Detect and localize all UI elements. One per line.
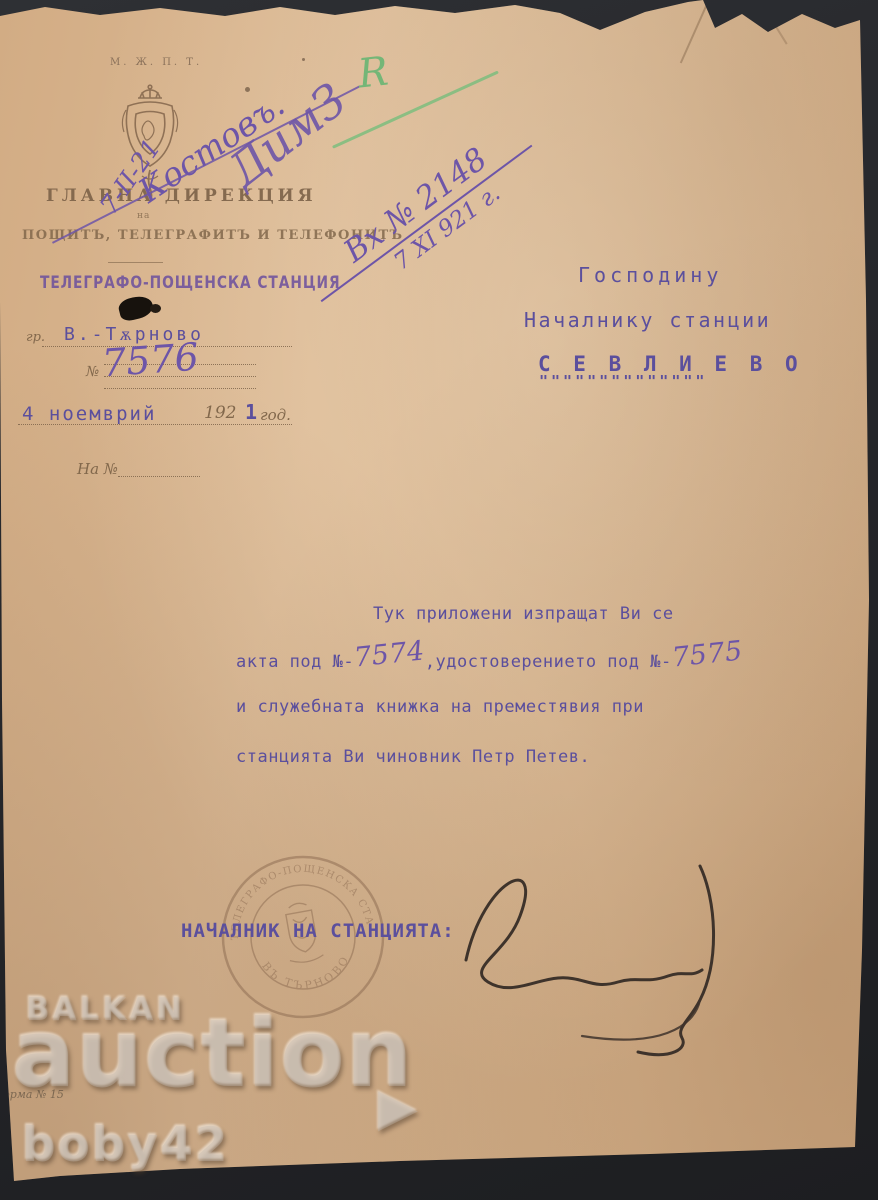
body-line-2: акта под №-7574,удостоверението под №-75… [236,643,742,674]
registry-mark-r: R [356,49,391,98]
reference-number-line [118,462,200,477]
station-name-stamp: ТЕЛЕГРАФО-ПОЩЕНСКА СТАНЦИЯ [40,272,341,293]
date-year-suffix: год. [260,406,291,424]
recipient-city-underline: """""""""""""" [539,372,707,390]
body-line-4: станцията Ви чиновник Петр Петев. [236,747,590,767]
paper-specks [245,87,250,92]
svg-text:ВЪ ТЪРНОВО: ВЪ ТЪРНОВО [258,945,357,999]
date-year-digit: 1 [245,400,257,424]
recipient-salutation: Господину [578,263,722,287]
outgoing-number-handwritten: 7576 [101,335,201,386]
punched-hole-small [150,304,161,313]
scanned-document-photo: М. Ж. П. Т. ГЛАВНА ДИРЕКЦИЯ на ПОЩИТЪ, Т… [0,0,878,1200]
signature-title: НАЧАЛНИК НА СТАНЦИЯТА: [181,920,455,942]
reference-number-label: На № [77,460,118,478]
paper-crease [758,0,787,45]
body-line-2-text: акта под №- [236,652,354,672]
number-field-label: № [86,364,99,380]
registry-green-stroke [332,71,499,149]
seal-rim-bottom-text: ВЪ ТЪРНОВО [258,945,357,999]
letterhead-divider [108,262,163,263]
date-day-month: 4 ноемврий [22,403,156,425]
date-year-printed: 192 [204,403,236,423]
body-line-2-text: ,удостоверението под №- [425,652,672,672]
ministry-abbreviation: М. Ж. П. Т. [110,57,202,68]
letterhead-of: на [137,211,150,221]
watermark-seller-boby42: boby42 [22,1118,230,1173]
paper-crease [680,0,710,63]
body-line-1: Тук приложени изпращат Ви се [373,604,674,624]
act-number-handwritten: 7574 [353,635,427,673]
certificate-number-handwritten: 7575 [670,635,744,673]
watermark-auction: auction [12,1000,414,1109]
body-line-3: и служебната книжка на преместявия при [236,697,644,717]
recipient-title: Началнику станции [524,308,771,332]
handwritten-signature [432,838,752,1073]
play-icon: ▶ [378,1078,418,1138]
received-number: Вх № 2148 [298,114,532,302]
